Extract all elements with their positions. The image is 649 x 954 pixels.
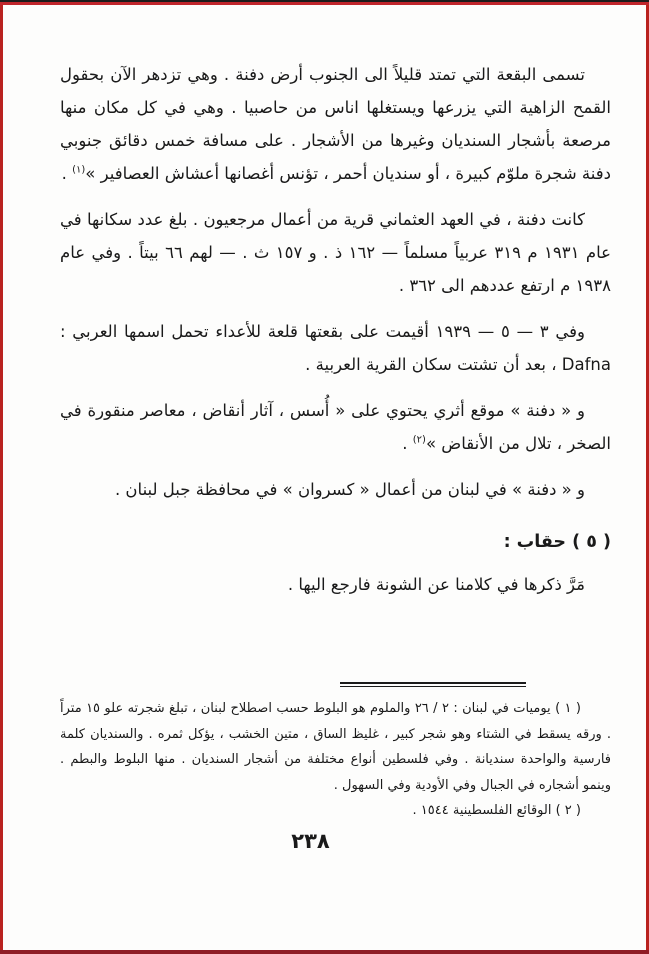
footnote-ref-1: (١) [72,165,85,176]
paragraph-dafna-lebanon-text: و « دفنة » في لبنان من أعمال « كسروان » … [115,480,585,499]
paragraph-archaeological-site: و « دفنة » موقع أثري يحتوي على « أُسس ، … [60,394,611,460]
footnote-1: ( ١ ) يوميات في لبنان : ٢ / ٢٦ والملوم ه… [60,696,611,798]
footnote-separator-rule [340,682,526,687]
paragraph-dafna-description: تسمى البقعة التي تمتد قليلاً الى الجنوب … [60,58,611,190]
section-heading-hiqab: ( ٥ ) حقاب : [60,526,611,559]
footnote-ref-2: (٢) [413,435,426,446]
paragraph-1939-fortress: وفي ٣ — ٥ — ١٩٣٩ أقيمت على بقعتها قلعة ل… [60,315,611,381]
footnotes-block: ( ١ ) يوميات في لبنان : ٢ / ٢٦ والملوم ه… [60,682,611,832]
paragraph-archaeological-site-tail: . [402,434,413,453]
paragraph-1939-fortress-text: وفي ٣ — ٥ — ١٩٣٩ أقيمت على بقعتها قلعة ل… [60,322,611,374]
paragraph-dafna-description-tail: . [62,164,73,183]
paragraph-dafna-description-text: تسمى البقعة التي تمتد قليلاً الى الجنوب … [60,65,611,183]
paragraph-archaeological-site-text: و « دفنة » موقع أثري يحتوي على « أُسس ، … [60,401,611,453]
page-border-left [0,0,3,954]
paragraph-ottoman-era-population: كانت دفنة ، في العهد العثماني قرية من أع… [60,203,611,302]
section-body-hiqab: مَرَّ ذكرها في كلامنا عن الشونة فارجع ال… [60,568,611,601]
page-border-top-black-line [0,0,649,2]
page-border-bottom [0,950,649,954]
page-number: ٢٣٨ [0,829,621,853]
paragraph-dafna-lebanon: و « دفنة » في لبنان من أعمال « كسروان » … [60,473,611,506]
main-text-block: تسمى البقعة التي تمتد قليلاً الى الجنوب … [60,58,611,682]
book-page: تسمى البقعة التي تمتد قليلاً الى الجنوب … [0,0,649,954]
paragraph-ottoman-era-population-text: كانت دفنة ، في العهد العثماني قرية من أع… [60,210,611,295]
page-border-top-red-line [0,2,649,5]
footnote-2: ( ٢ ) الوقائع الفلسطينية ١٥٤٤ . [60,798,611,824]
